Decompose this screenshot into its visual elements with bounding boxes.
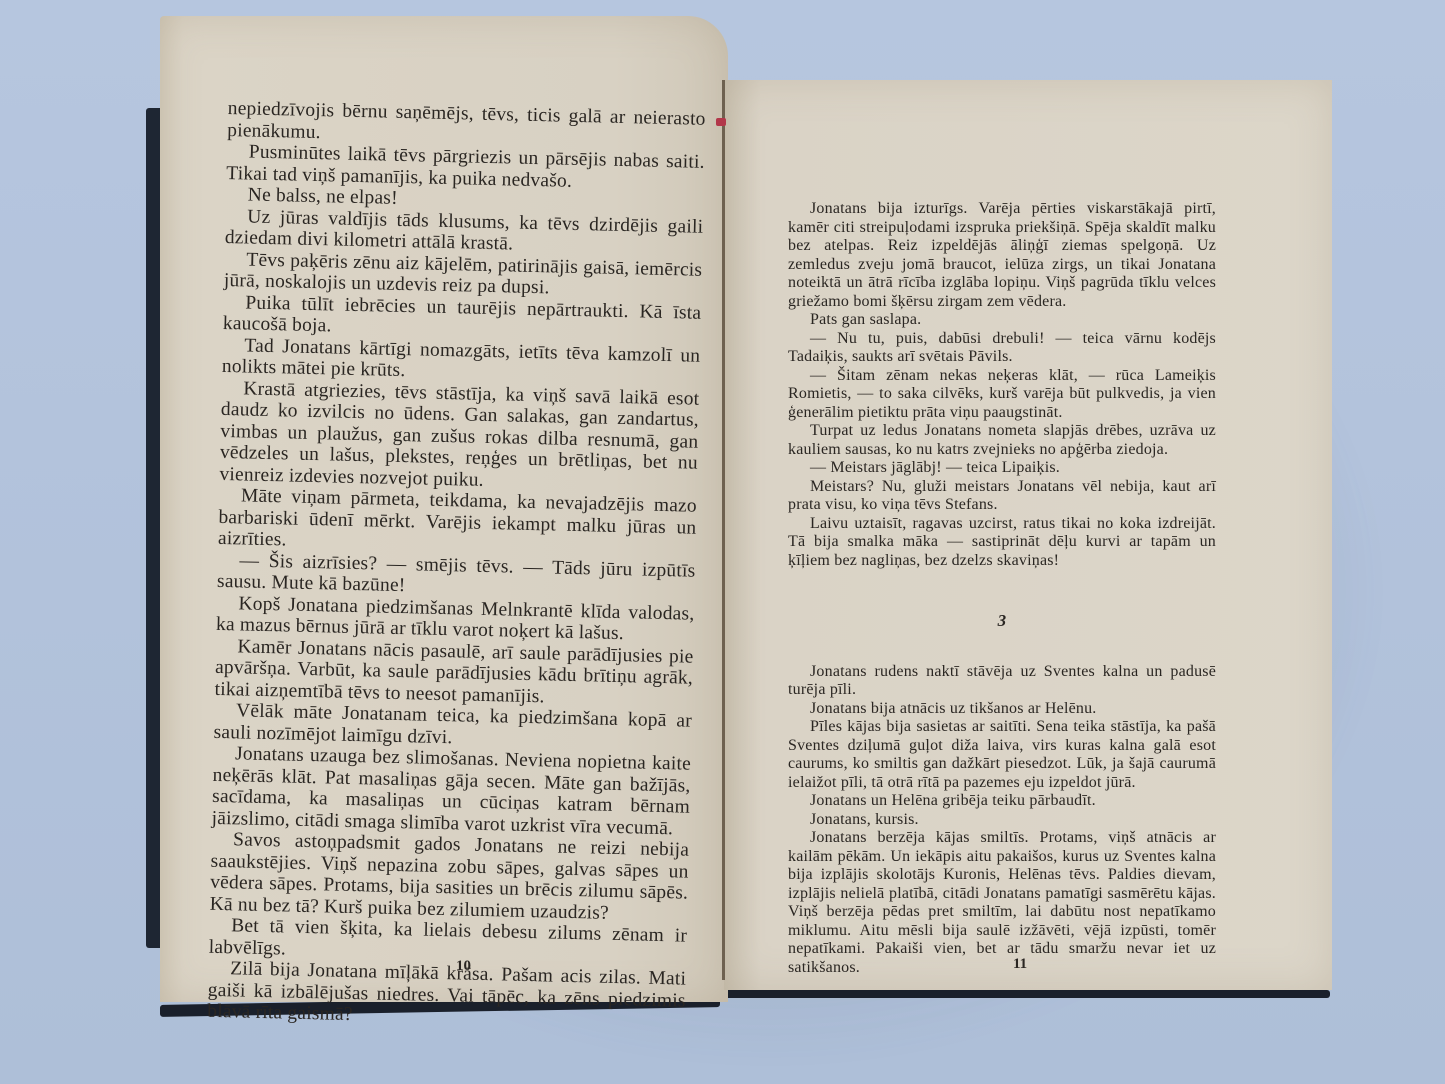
paragraph: Pīles kājas bija sasietas ar saitīti. Se… [788,718,1216,792]
paragraph: Jonatans bija izturīgs. Varēja pērties v… [788,200,1216,311]
paragraph: — Nu tu, puis, dabūsi drebuli! — teica v… [788,330,1216,367]
paragraph: — Meistars jāglābj! — teica Lipaiķis. [788,459,1216,478]
paragraph: — Šitam zēnam nekas neķeras klāt, — rūca… [788,367,1216,423]
bookmark-ribbon [716,118,726,126]
page-number-right: 11 [1013,956,1027,973]
left-page-text: nepiedzīvojis bērnu saņēmējs, tēvs, tici… [207,98,706,1033]
paragraph: Meistars? Nu, gluži meistars Jonatans vē… [788,478,1216,515]
paragraph: Māte viņam pārmeta, teikdama, ka nevajad… [218,485,697,560]
paragraph: Pats gan saslapa. [788,311,1216,330]
paragraph: Krastā atgriezies, tēvs stāstīja, ka viņ… [219,377,699,495]
paragraph: Kamēr Jonatans nācis pasaulē, arī saule … [214,635,693,710]
book-cover-edge-bottom-right [720,990,1330,998]
book-gutter [722,80,725,980]
paragraph: Laivu uztaisīt, ragavas uzcirst, ratus t… [788,515,1216,571]
paragraph: Jonatans uzauga bez slimošanas. Neviena … [211,743,691,840]
right-page-text: Jonatans bija izturīgs. Varēja pērties v… [788,200,1216,977]
paragraph: Zilā bija Jonatana mīļākā krāsa. Pašam a… [207,958,686,1033]
chapter-number: 3 [788,612,1216,631]
paragraph: Jonatans bija atnācis uz tikšanos ar Hel… [788,700,1216,719]
paragraph: Jonatans berzēja kājas smiltīs. Protams,… [788,829,1216,977]
paragraph: Jonatans un Helēna gribēja teiku pārbaud… [788,792,1216,811]
paragraph: Jonatans, kursis. [788,811,1216,830]
page-number-left: 10 [456,958,471,975]
paragraph: Turpat uz ledus Jonatans nometa slapjās … [788,422,1216,459]
paragraph: Savos astoņpadsmit gados Jonatans ne rei… [209,829,689,926]
paragraph: Jonatans rudens naktī stāvēja uz Sventes… [788,663,1216,700]
